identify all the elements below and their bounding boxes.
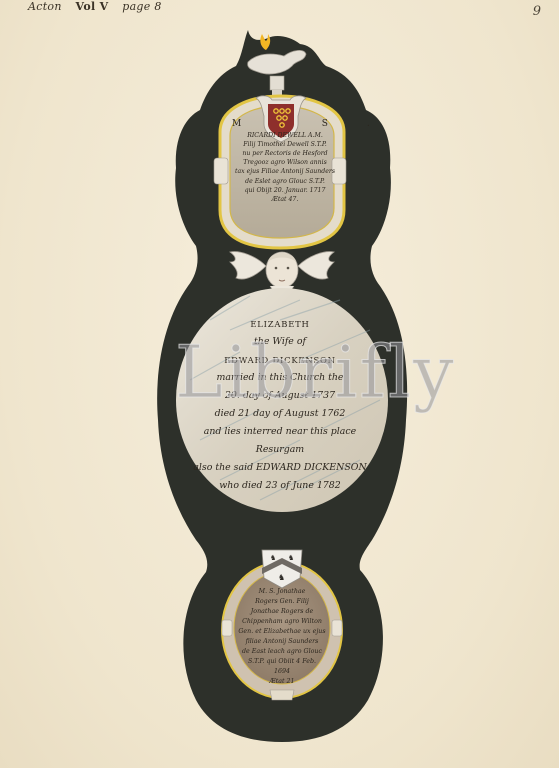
top-tablet-line: RICARDI DEWELL A.M. bbox=[232, 131, 338, 140]
bottom-tablet-line: Ætat 21 bbox=[237, 677, 327, 687]
oval-line: 20. day of August 1737 bbox=[190, 387, 370, 405]
top-tablet-line: Ætat 47. bbox=[232, 195, 338, 204]
oval-line: Resurgam bbox=[190, 441, 370, 459]
bottom-tablet-line: S.T.P. qui Obiit 4 Feb. bbox=[237, 657, 327, 667]
oval-line: died 21 day of August 1762 bbox=[190, 405, 370, 423]
manuscript-page: Acton Vol V page 8 9 bbox=[0, 0, 559, 768]
top-tablet-line: Filij Timothei Dewell S.T.P. bbox=[232, 140, 338, 149]
top-tablet-line: nu per Rectoris de Hesford bbox=[232, 149, 338, 158]
top-tablet-heading: M . S . bbox=[232, 120, 338, 129]
oval-line: the Wife of bbox=[190, 333, 370, 351]
top-tablet-line: de Eslet agro Glouc S.T.P. bbox=[232, 177, 338, 186]
top-tablet-line: qui Obijt 20. Januar. 1717 bbox=[232, 186, 338, 195]
oval-line-husband: EDWARD DICKENSON bbox=[190, 351, 370, 369]
oval-line: also the said EDWARD DICKENSON bbox=[190, 459, 370, 477]
bottom-tablet-line: 1694 bbox=[237, 667, 327, 677]
top-tablet-line: Tregooz agro Wilson annis bbox=[232, 158, 338, 167]
top-tablet-inscription: M . S . RICARDI DEWELL A.M. Filij Timoth… bbox=[232, 120, 338, 204]
oval-line: married in this Church the bbox=[190, 369, 370, 387]
bottom-tablet-line: Rogers Gen. Filij bbox=[237, 597, 327, 607]
svg-text:♞: ♞ bbox=[270, 554, 276, 562]
oval-line: who died 23 of June 1782 bbox=[190, 477, 370, 495]
bottom-tablet-line: Gen. et Elizabethae ux ejus bbox=[237, 627, 327, 637]
bottom-tablet-line: filiae Antonij Saunders bbox=[237, 637, 327, 647]
oval-line: and lies interred near this place bbox=[190, 423, 370, 441]
oval-line-name: ELIZABETH bbox=[190, 315, 370, 333]
svg-text:♞: ♞ bbox=[288, 554, 294, 562]
bottom-tablet-line: M. S. Jonathae bbox=[237, 587, 327, 597]
central-oval-inscription: ELIZABETH the Wife of EDWARD DICKENSON m… bbox=[190, 315, 370, 495]
bottom-tablet-line: Chippenham agro Wilton bbox=[237, 617, 327, 627]
bottom-tablet-inscription: M. S. Jonathae Rogers Gen. Filij Jonatha… bbox=[237, 587, 327, 687]
svg-text:♞: ♞ bbox=[278, 573, 285, 582]
top-tablet-line: tax ejus Filiae Antonij Saunders bbox=[232, 167, 338, 176]
bottom-tablet-line: de East leach agro Glouc bbox=[237, 647, 327, 657]
bottom-tablet-line: Jonathae Rogers de bbox=[237, 607, 327, 617]
